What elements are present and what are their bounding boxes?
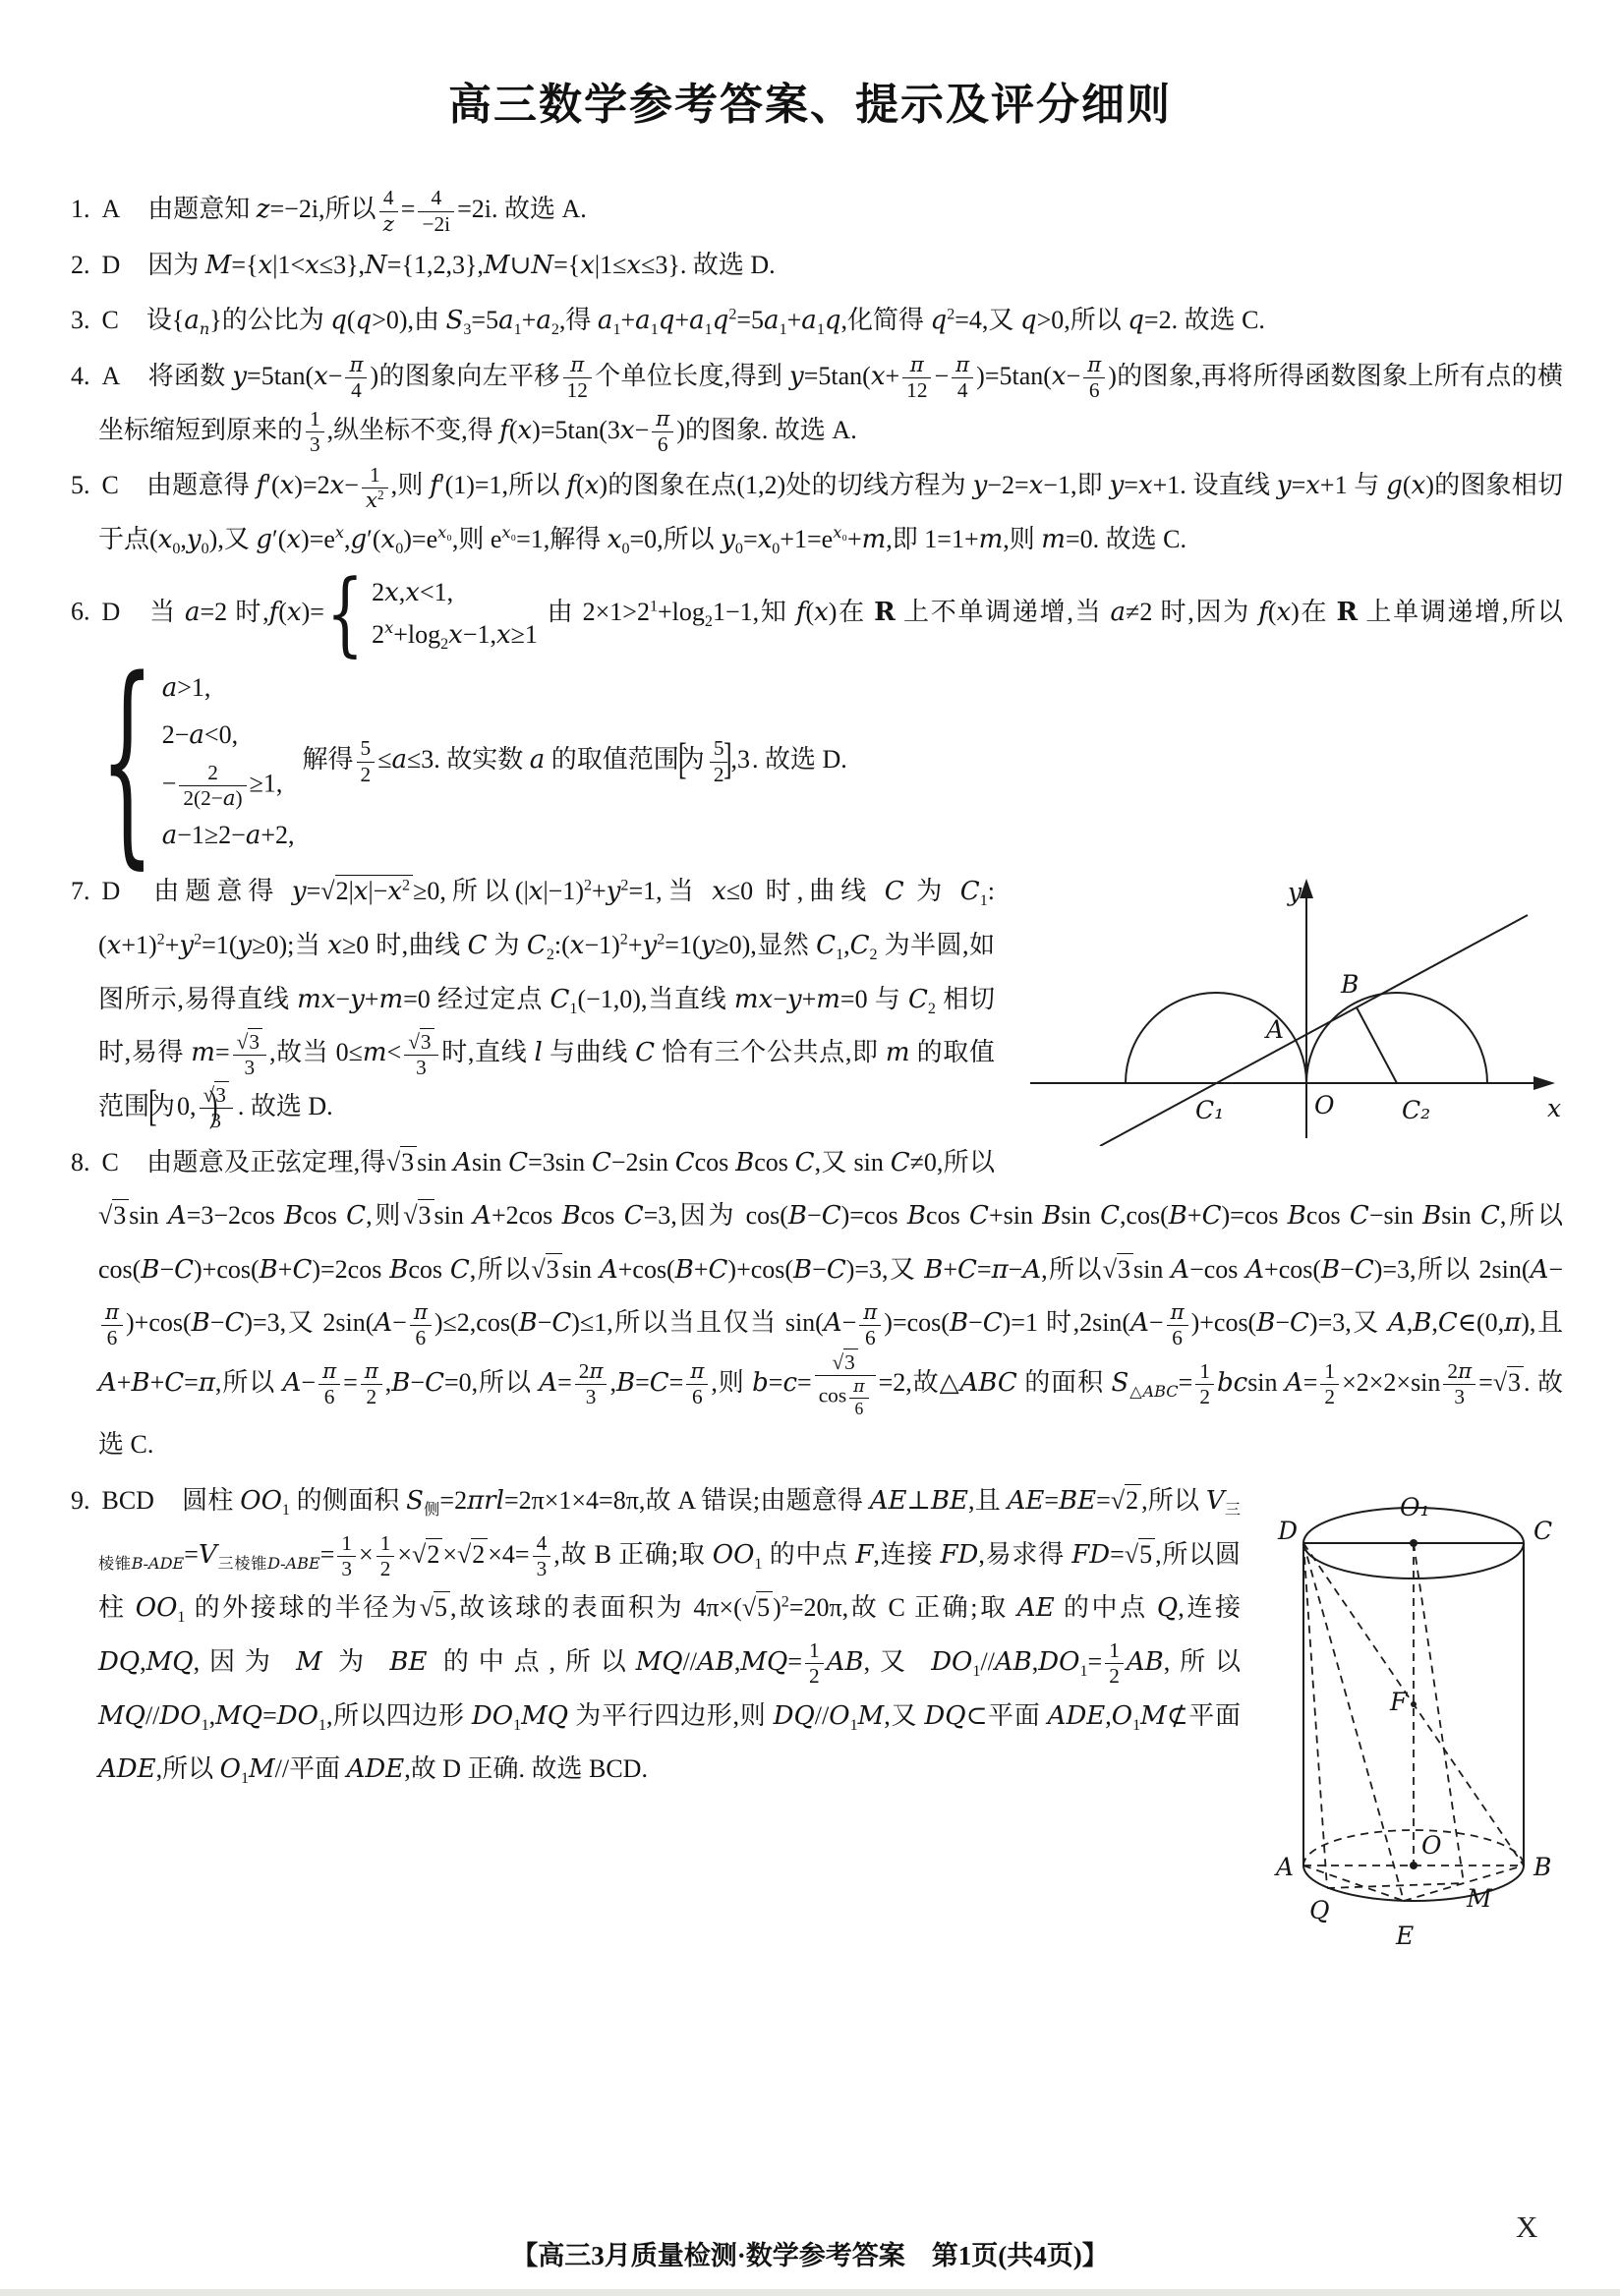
answer-item-8: 8.C由题意及正弦定理,得√3sin Asin C=3sin C−2sin Cc… xyxy=(71,1136,1563,1472)
item-solution: 由题意得 f′(x)=2x−1x2,则 f′(1)=1,所以 f(x)的图象在点… xyxy=(98,471,1563,553)
answer-item-5: 5.C由题意得 f′(x)=2x−1x2,则 f′(1)=1,所以 f(x)的图… xyxy=(71,459,1563,566)
page-title: 高三数学参考答案、提示及评分细则 xyxy=(0,69,1620,132)
item-solution: 将函数 y=5tan(x−π4)的图象向左平移π12个单位长度,得到 y=5ta… xyxy=(98,362,1563,444)
item-number: 9. xyxy=(71,1486,90,1515)
point-label-c: C xyxy=(1533,1517,1552,1545)
point-label-m: M xyxy=(1466,1884,1493,1913)
question9-cylinder-figure: D O₁ C F A O B Q M E xyxy=(1266,1474,1563,1964)
corner-mark: X xyxy=(1516,2210,1537,2245)
point-label-a: A xyxy=(1274,1853,1294,1881)
item-solution: 因为 M={x|1<x≤3},N={1,2,3},M∪N={x|1≤x≤3}. … xyxy=(147,251,775,279)
item-answer: A xyxy=(102,195,121,223)
item-answer: C xyxy=(102,306,119,334)
x-axis-label: x xyxy=(1547,1094,1561,1122)
item-number: 8. xyxy=(71,1148,90,1177)
point-label-q: Q xyxy=(1309,1896,1330,1924)
item-number: 7. xyxy=(71,877,90,905)
page-bottom-edge xyxy=(0,2289,1620,2296)
item-solution: 设{an}的公比为 q(q>0),由 S3=5a1+a2,得 a1+a1q+a1… xyxy=(146,306,1265,334)
answer-item-6: 6.D当 a=2 时,f(x)={2x,x<1,2x+log2x−1,x≥1由 … xyxy=(71,568,1563,863)
point-label-b: B xyxy=(1533,1853,1551,1881)
item-answer: D xyxy=(102,251,121,279)
point-label-e: E xyxy=(1395,1922,1414,1950)
answer-item-1: 1.A由题意知 z=−2i,所以4z=4−2i=2i. 故选 A. xyxy=(71,183,1563,237)
answer-item-7: y x O C₁ C₂ A B 7.D由题意得 y=√2|x|−x2≥0,所以(… xyxy=(71,865,1563,1133)
item-number: 5. xyxy=(71,471,90,499)
item-answer: C xyxy=(102,471,119,499)
point-label-c1: C₁ xyxy=(1195,1096,1224,1124)
answer-item-4: 4.A将函数 y=5tan(x−π4)的图象向左平移π12个单位长度,得到 y=… xyxy=(71,350,1563,457)
answer-item-3: 3.C设{an}的公比为 q(q>0),由 S3=5a1+a2,得 a1+a1q… xyxy=(71,294,1563,348)
answers-content: 1.A由题意知 z=−2i,所以4z=4−2i=2i. 故选 A. 2.D因为 … xyxy=(71,183,1563,1797)
answer-item-9: D O₁ C F A O B Q M E 9.BCD圆柱 OO1 的侧面积 S侧… xyxy=(71,1474,1563,1797)
point-label-a: A xyxy=(1264,1015,1284,1044)
question7-semicircles-figure: y x O C₁ C₂ A B xyxy=(1016,869,1563,1146)
y-axis-label: y xyxy=(1287,878,1302,906)
item-number: 2. xyxy=(71,251,90,279)
item-solution: 由题意及正弦定理,得√3sin Asin C=3sin C−2sin Ccos … xyxy=(98,1148,1563,1460)
point-label-c2: C₂ xyxy=(1402,1096,1430,1124)
point-label-b: B xyxy=(1340,970,1359,999)
item-answer: C xyxy=(102,1148,119,1177)
point-label-o: O xyxy=(1421,1831,1442,1860)
point-label-o1: O₁ xyxy=(1400,1493,1430,1521)
item-solution: 当 a=2 时,f(x)={2x,x<1,2x+log2x−1,x≥1由 2×1… xyxy=(98,598,1563,774)
item-answer: A xyxy=(102,362,121,390)
point-label-d: D xyxy=(1277,1517,1298,1545)
item-number: 1. xyxy=(71,195,90,223)
item-solution: 由题意知 z=−2i,所以4z=4−2i=2i. 故选 A. xyxy=(147,195,586,223)
item-solution: 由题意得 y=√2|x|−x2≥0,所以(|x|−1)2+y2=1,当 x≤0 … xyxy=(98,877,995,1119)
origin-label: O xyxy=(1314,1091,1335,1119)
item-number: 4. xyxy=(71,362,90,390)
answer-sheet-page: 高三数学参考答案、提示及评分细则 1.A由题意知 z=−2i,所以4z=4−2i… xyxy=(0,0,1620,2296)
point-label-f: F xyxy=(1389,1688,1409,1716)
item-number: 6. xyxy=(71,598,90,626)
item-solution: 圆柱 OO1 的侧面积 S侧=2πrl=2π×1×4=8π,故 A 错误;由题意… xyxy=(98,1486,1241,1783)
item-answer: D xyxy=(102,598,121,626)
answer-item-2: 2.D因为 M={x|1<x≤3},N={1,2,3},M∪N={x|1≤x≤3… xyxy=(71,239,1563,293)
item-number: 3. xyxy=(71,306,90,334)
item-answer: BCD xyxy=(102,1486,154,1515)
page-footer: 【高三3月质量检测·数学参考答案 第1页(共4页)】 xyxy=(0,2234,1620,2272)
